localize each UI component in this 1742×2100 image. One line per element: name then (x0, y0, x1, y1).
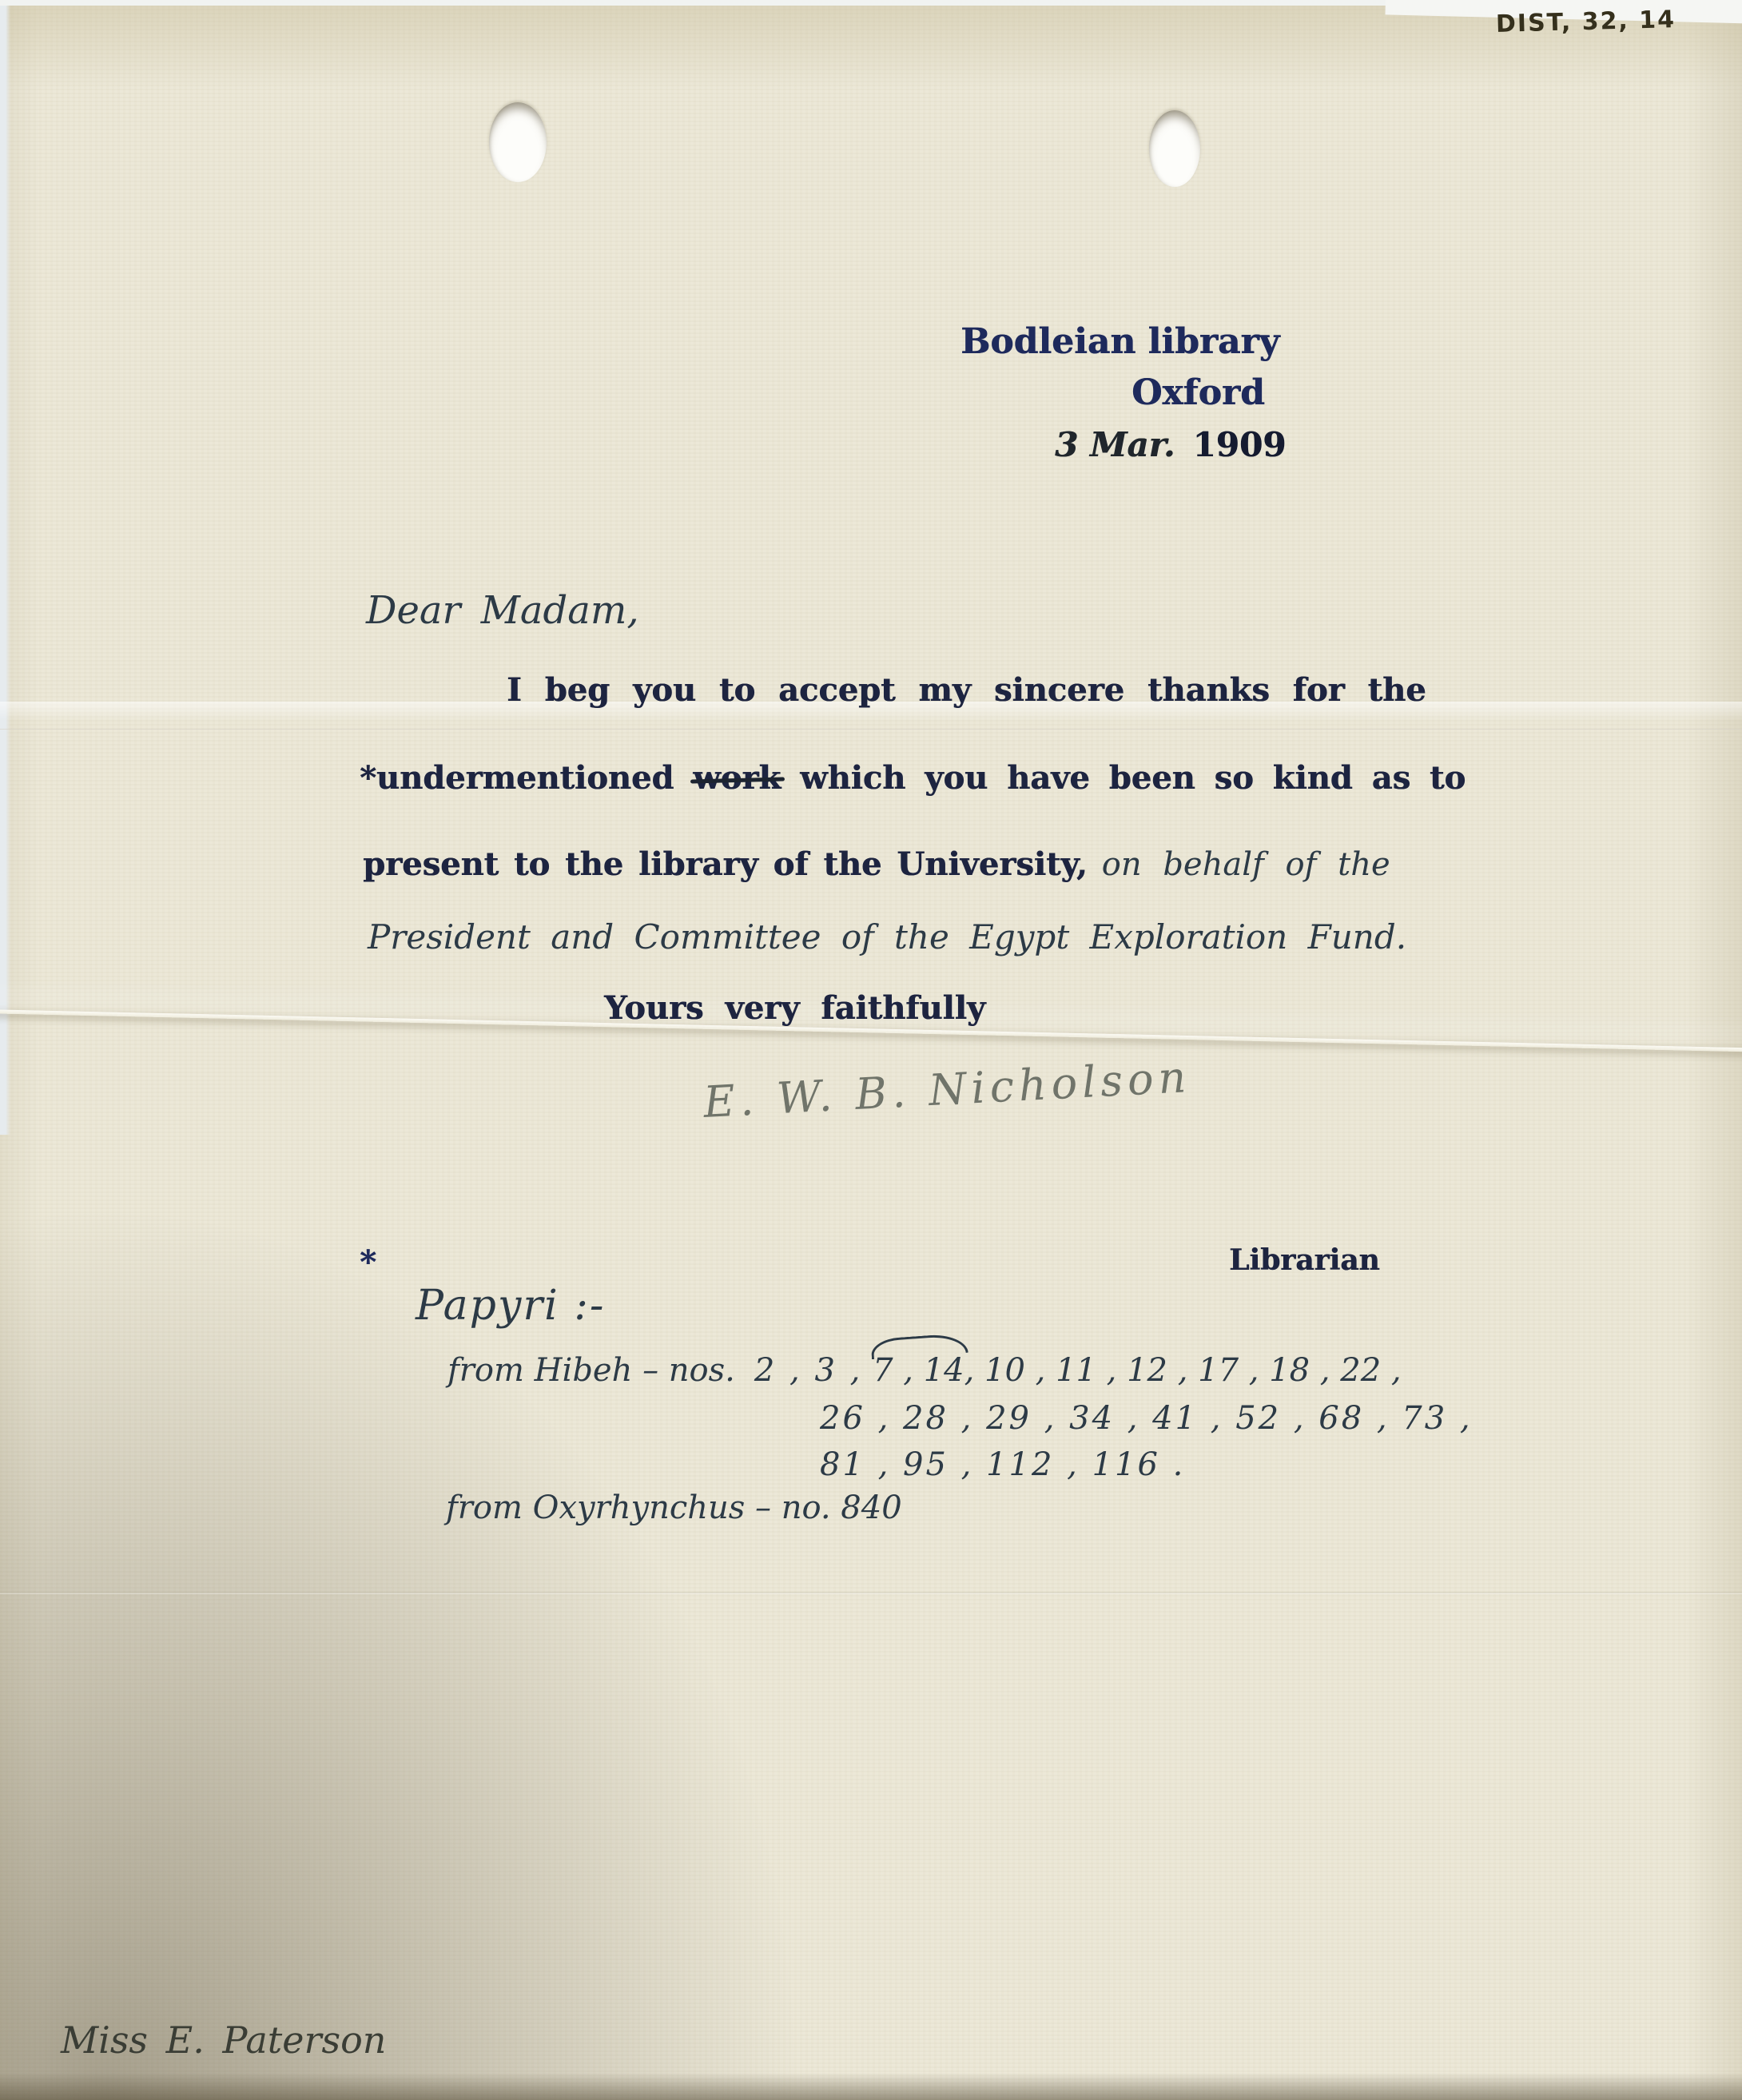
body-line-3-handwritten: on behalf of the (1102, 846, 1390, 883)
hibeh-list-line-1: from Hibeh – nos.2 , 3 , 7 , 14, 10 , 11… (447, 1352, 1402, 1389)
hibeh-list-line-3: 81 , 95 , 112 , 116 . (820, 1446, 1185, 1483)
scanner-edge-left (0, 0, 10, 1135)
hibeh-numbers-pre: 2 , 3 , (754, 1352, 862, 1389)
date-year: 1909 (1192, 425, 1286, 464)
hibeh-numbers-tied: 7 , 14 (873, 1352, 964, 1389)
footnote-heading: Papyri :- (416, 1282, 605, 1330)
body-line-4-handwritten: President and Committee of the Egypt Exp… (368, 917, 1406, 957)
letterhead-city: Oxford (1132, 372, 1265, 413)
letterhead-date: 3 Mar.1909 (1055, 425, 1286, 464)
recipient-annotation: Miss E. Paterson (61, 2018, 386, 2062)
hibeh-numbers-post: , 10 , 11 , 12 , 17 , 18 , 22 , (964, 1352, 1402, 1389)
signature: E. W. B. Nicholson (702, 1052, 1192, 1128)
archive-reference: DIST, 32, 14 (1496, 6, 1676, 38)
signer-title: Librarian (1229, 1243, 1380, 1277)
valediction: Yours very faithfully (604, 989, 985, 1027)
letter-page: DIST, 32, 14 Bodleian library Oxford 3 M… (0, 0, 1742, 2100)
punch-hole-right (1149, 110, 1200, 187)
hibeh-list-line-2: 26 , 28 , 29 , 34 , 41 , 52 , 68 , 73 , (820, 1400, 1473, 1437)
hibeh-label: from Hibeh – nos. (447, 1352, 735, 1389)
punch-hole-left (489, 102, 547, 182)
letterhead-institution: Bodleian library (960, 321, 1279, 362)
oxyrhynchus-list-line: from Oxyrhynchus – no. 840 (446, 1489, 902, 1526)
body-line-2: *undermentioned work which you have been… (360, 759, 1466, 797)
body-line-3-printed: present to the library of the University… (363, 845, 1088, 883)
date-day-month: 3 Mar. (1055, 425, 1175, 464)
salutation: Dear Madam, (366, 588, 639, 633)
body-line-3: present to the library of the University… (363, 845, 1390, 883)
body-line-1: I beg you to accept my sincere thanks fo… (507, 671, 1426, 709)
struck-word: work (693, 759, 781, 797)
fold-crease-lower (0, 1592, 1742, 1594)
footnote-marker: * (360, 1243, 376, 1281)
body-line-2-after: which you have been so kind as to (800, 759, 1466, 797)
body-line-2-before: *undermentioned (360, 759, 674, 797)
